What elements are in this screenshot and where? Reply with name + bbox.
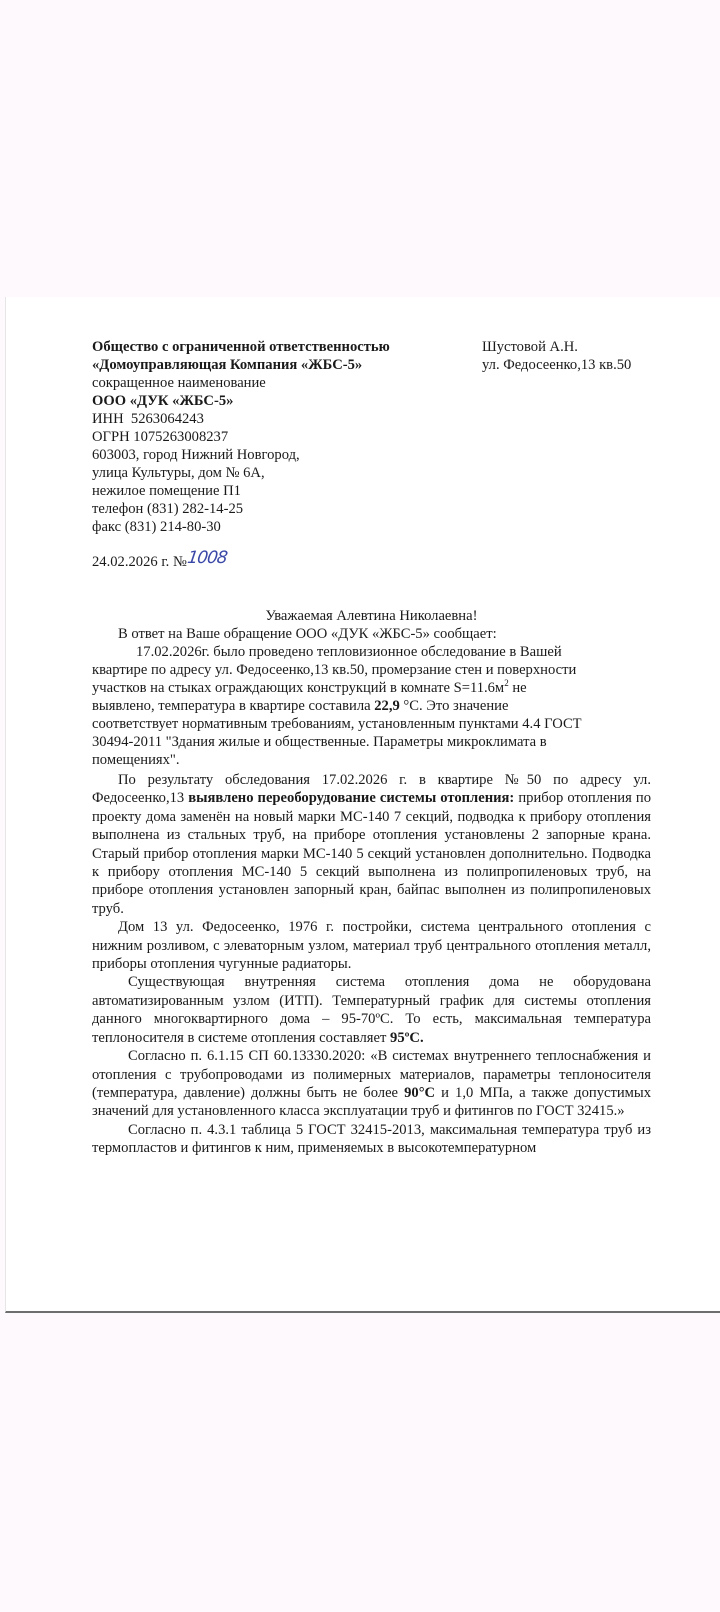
sender-phone: телефон (831) 282-14-25: [92, 500, 390, 518]
greeting: Уважаемая Алевтина Николаевна!: [92, 607, 651, 625]
max-allowed-temperature: 90°С: [404, 1085, 435, 1101]
sender-address-line2: улица Культуры, дом № 6А,: [92, 464, 390, 482]
p1-line: 17.02.2026г. было проведено тепловизионн…: [92, 643, 651, 661]
scanned-letter-page: Общество с ограниченной ответственностью…: [5, 297, 720, 1313]
p1-line: помещениях".: [92, 751, 651, 769]
p1-text: участков на стыках ограждающих конструкц…: [92, 680, 504, 696]
paragraph-sp-quote: Согласно п. 6.1.15 СП 60.13330.2020: «В …: [92, 1047, 651, 1121]
sender-short-name-label: сокращенное наименование: [92, 374, 390, 392]
p1-text: не: [509, 680, 527, 696]
p1-line: участков на стыках ограждающих конструкц…: [92, 679, 651, 697]
recipient-block: Шустовой А.Н. ул. Федосеенко,13 кв.50: [482, 338, 631, 374]
paragraph-heating-schedule: Существующая внутренняя система отоплени…: [92, 973, 651, 1047]
paragraph-building-info: Дом 13 ул. Федосеенко, 1976 г. постройки…: [92, 918, 651, 973]
handwritten-outgoing-number: 1008: [186, 549, 228, 567]
outgoing-date-number: 24.02.2026 г. №1008: [92, 552, 226, 571]
p1-text: выявлено, температура в квартире состави…: [92, 698, 374, 714]
p1-line: квартире по адресу ул. Федосеенко,13 кв.…: [92, 661, 651, 679]
measured-temperature: 22,9: [374, 698, 400, 714]
p1-line: 30494-2011 "Здания жилые и общественные.…: [92, 733, 651, 751]
p1-line: соответствует нормативным требованиям, у…: [92, 715, 651, 733]
p2-bold-finding: выявлено переоборудование системы отопле…: [188, 790, 514, 806]
sender-org-full-name-line1: Общество с ограниченной ответственностью: [92, 338, 390, 356]
p1-text: °С. Это значение: [400, 698, 509, 714]
intro-line: В ответ на Ваше обращение ООО «ДУК «ЖБС-…: [92, 625, 651, 643]
max-coolant-temperature: 95ºС.: [390, 1030, 424, 1046]
sender-ogrn: ОГРН 1075263008237: [92, 428, 390, 446]
sender-address-line3: нежилое помещение П1: [92, 482, 390, 500]
recipient-address: ул. Федосеенко,13 кв.50: [482, 356, 631, 374]
sender-short-name: ООО «ДУК «ЖБС-5»: [92, 392, 390, 410]
outgoing-date: 24.02.2026 г. №: [92, 554, 187, 570]
sender-address-line1: 603003, город Нижний Новгород,: [92, 446, 390, 464]
paragraph-survey-results: По результату обследования 17.02.2026 г.…: [92, 771, 651, 918]
recipient-name: Шустовой А.Н.: [482, 338, 631, 356]
p4-text: Существующая внутренняя система отоплени…: [92, 974, 651, 1045]
sender-block: Общество с ограниченной ответственностью…: [92, 338, 390, 536]
sender-org-full-name-line2: «Домоуправляющая Компания «ЖБС-5»: [92, 356, 390, 374]
sender-inn: ИНН 5263064243: [92, 410, 390, 428]
paragraph-gost-reference: Согласно п. 4.3.1 таблица 5 ГОСТ 32415-2…: [92, 1121, 651, 1158]
paragraph-thermal-survey: 17.02.2026г. было проведено тепловизионн…: [92, 643, 651, 769]
sender-fax: факс (831) 214-80-30: [92, 518, 390, 536]
p1-line: выявлено, температура в квартире состави…: [92, 697, 651, 715]
p2-text: прибор отопления по проекту дома заменён…: [92, 790, 651, 916]
letter-body: В ответ на Ваше обращение ООО «ДУК «ЖБС-…: [92, 625, 651, 1158]
